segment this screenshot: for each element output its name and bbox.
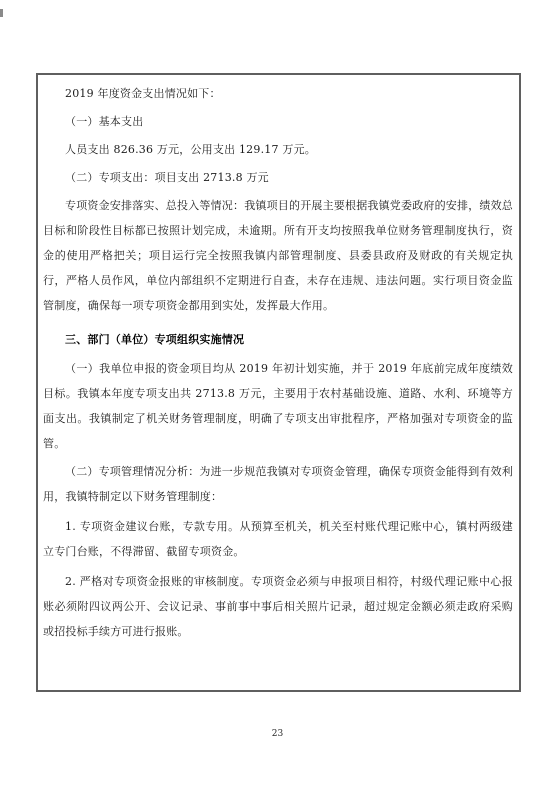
document-page: 2019 年度资金支出情况如下： （一）基本支出 人员支出 826.36 万元，… <box>0 0 555 785</box>
paragraph-expenditure-intro: 2019 年度资金支出情况如下： <box>43 81 513 106</box>
paragraph-rule-1: 1. 专项资金建议台账，专款专用。从预算至机关，机关至村账代理记账中心，镇村两级… <box>43 514 513 564</box>
heading-section-3: 三、部门（单位）专项组织实施情况 <box>43 327 513 352</box>
paragraph-rule-2: 2. 严格对专项资金报账的审核制度。专项资金必须与申报项目相符，村级代理记账中心… <box>43 569 513 644</box>
page-number: 23 <box>0 729 555 739</box>
paragraph-basic-expenditure-amounts: 人员支出 826.36 万元，公用支出 129.17 万元。 <box>43 137 513 162</box>
paragraph-section3-item2: （二）专项管理情况分析：为进一步规范我镇对专项资金管理，确保专项资金能得到有效利… <box>43 459 513 509</box>
paragraph-basic-expenditure-title: （一）基本支出 <box>43 109 513 134</box>
paragraph-section3-item1: （一）我单位申报的资金项目均从 2019 年初计划实施，并于 2019 年底前完… <box>43 356 513 456</box>
paragraph-special-funds-arrangement: 专项资金安排落实、总投入等情况：我镇项目的开展主要根据我镇党委政府的安排，绩效总… <box>43 193 513 318</box>
page-edge-artifact <box>0 9 3 17</box>
report-table-cell: 2019 年度资金支出情况如下： （一）基本支出 人员支出 826.36 万元，… <box>36 73 521 692</box>
heading-section-4: 四、部门（单位）整体支出绩效情况 <box>43 684 513 692</box>
paragraph-special-expenditure: （二）专项支出：项目支出 2713.8 万元 <box>43 165 513 190</box>
